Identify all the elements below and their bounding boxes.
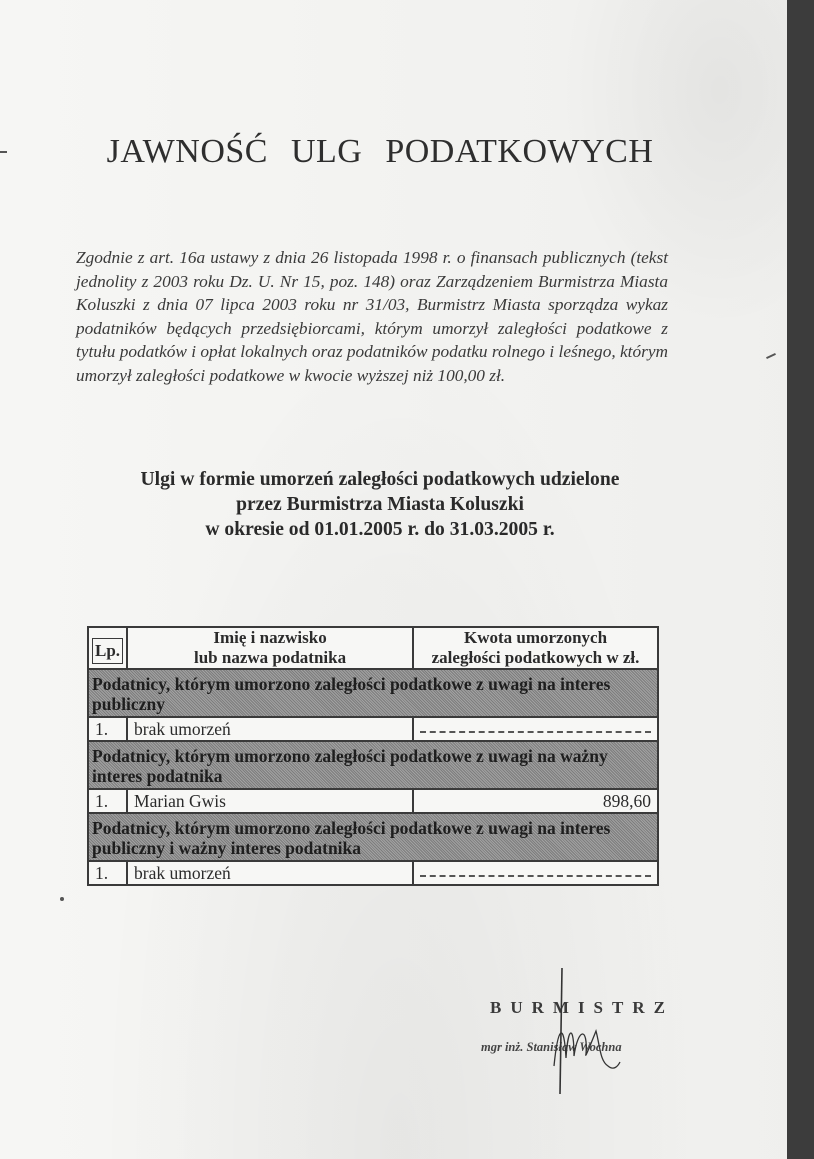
header-name-line1: Imię i nazwisko	[134, 628, 406, 648]
header-lp-label: Lp.	[92, 638, 123, 664]
section-label: Podatnicy, którym umorzono zaległości po…	[88, 741, 658, 789]
row-amount-empty	[413, 717, 658, 741]
header-name: Imię i nazwisko lub nazwa podatnika	[127, 627, 413, 669]
header-lp: Lp.	[88, 627, 127, 669]
row-name: brak umorzeń	[127, 717, 413, 741]
header-amount-line2: zaległości podatkowych w zł.	[420, 648, 651, 668]
scanned-page-background	[0, 0, 814, 1159]
handwritten-signature-icon	[548, 966, 628, 1096]
table-row: 1. brak umorzeń	[88, 861, 658, 885]
row-amount-empty	[413, 861, 658, 885]
header-amount: Kwota umorzonych zaległości podatkowych …	[413, 627, 658, 669]
table-row: 1. Marian Gwis 898,60	[88, 789, 658, 813]
table-header-row: Lp. Imię i nazwisko lub nazwa podatnika …	[88, 627, 658, 669]
table-title-line: Ulgi w formie umorzeń zaległości podatko…	[80, 467, 680, 492]
relief-table: Lp. Imię i nazwisko lub nazwa podatnika …	[87, 626, 659, 886]
header-name-line2: lub nazwa podatnika	[134, 648, 406, 668]
header-amount-line1: Kwota umorzonych	[420, 628, 651, 648]
row-name: brak umorzeń	[127, 861, 413, 885]
table-title: Ulgi w formie umorzeń zaległości podatko…	[80, 467, 680, 542]
intro-paragraph: Zgodnie z art. 16a ustawy z dnia 26 list…	[76, 246, 668, 388]
scan-artifact	[60, 897, 64, 901]
table-row: 1. brak umorzeń	[88, 717, 658, 741]
section-row: Podatnicy, którym umorzono zaległości po…	[88, 741, 658, 789]
section-label: Podatnicy, którym umorzono zaległości po…	[88, 813, 658, 861]
row-lp: 1.	[88, 861, 127, 885]
row-name: Marian Gwis	[127, 789, 413, 813]
table-title-line: w okresie od 01.01.2005 r. do 31.03.2005…	[80, 517, 680, 542]
scan-edge-shadow	[787, 0, 814, 1159]
row-amount: 898,60	[413, 789, 658, 813]
row-lp: 1.	[88, 789, 127, 813]
section-row: Podatnicy, którym umorzono zaległości po…	[88, 813, 658, 861]
section-label: Podatnicy, którym umorzono zaległości po…	[88, 669, 658, 717]
dashed-placeholder	[420, 731, 651, 733]
document-title: JAWNOŚĆ ULG PODATKOWYCH	[80, 133, 680, 171]
table-title-line: przez Burmistrza Miasta Koluszki	[80, 492, 680, 517]
dashed-placeholder	[420, 875, 651, 877]
scan-artifact	[0, 151, 7, 153]
section-row: Podatnicy, którym umorzono zaległości po…	[88, 669, 658, 717]
row-lp: 1.	[88, 717, 127, 741]
